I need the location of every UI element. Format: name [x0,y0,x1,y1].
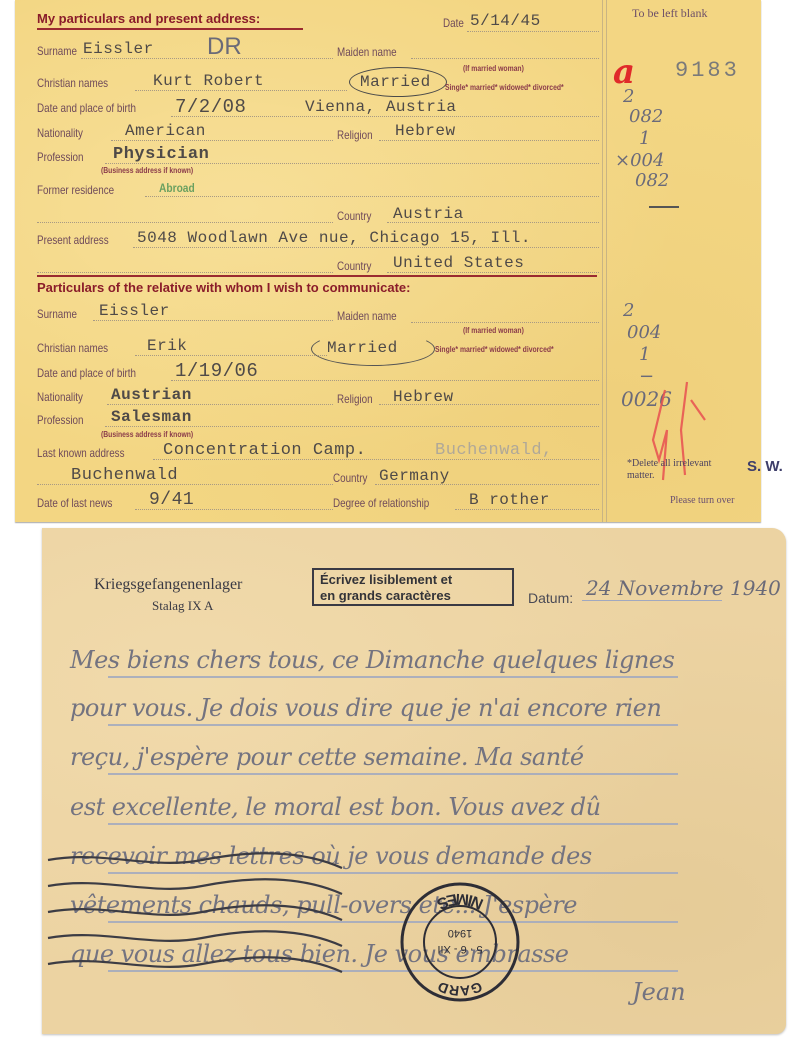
field-line [171,116,599,117]
field-line [135,355,327,356]
field-line [411,58,599,59]
sender-christian-names: Kurt Robert [153,72,264,90]
sender-profession-label: Profession [37,150,83,164]
last-address-line1: Concentration Camp. [163,441,366,460]
former-country-label: Country [337,209,371,223]
relative-marital-status: Married [327,339,398,357]
field-line [135,509,333,510]
relationship-label: Degree of relationship [333,496,429,510]
field-line [107,404,333,405]
pencil-note: 082 [635,172,669,190]
pencil-note: 2 [623,302,634,320]
present-address-label: Present address [37,233,109,247]
sender-dob: 7/2/08 [175,96,246,118]
relative-nationality: Austrian [111,386,192,404]
relative-profession-label: Profession [37,413,83,427]
field-line [153,459,599,460]
datum-label: Datum: [528,590,573,606]
relative-maiden-name-label: Maiden name [337,309,397,323]
sender-surname: Eissler [83,40,154,58]
field-line [387,272,599,273]
relationship-value: B rother [469,491,550,509]
last-address-label: Last known address [37,446,125,460]
field-line [375,484,599,485]
field-line [379,140,599,141]
former-residence-stamp: Abroad [159,181,195,195]
section-heading-sender: My particulars and present address: [37,11,260,26]
column-divider [602,0,603,522]
delete-irrelevant-note: *Delete all irrelevant matter. [627,458,727,482]
field-line [37,222,333,223]
relative-surname-label: Surname [37,307,77,321]
relative-religion-label: Religion [337,392,373,406]
last-address-faded: Buchenwald, [435,441,553,460]
section-divider [37,275,597,277]
pow-postcard: Kriegsgefangenenlager Stalag IX A Écrive… [42,528,786,1034]
present-address: 5048 Woodlawn Ave nue, Chicago 15, Ill. [137,229,531,247]
former-residence-label: Former residence [37,183,114,197]
sender-dob-label: Date and place of birth [37,101,136,115]
title-annotation: DR [207,33,242,61]
sender-religion: Hebrew [395,122,456,140]
relative-nationality-label: Nationality [37,390,83,404]
datum-value: 24 Novembre 1940 [586,576,781,600]
please-turn-over: Please turn over [670,495,734,506]
date-label: Date [443,16,464,30]
postmark-city: NIMES [434,890,486,913]
postmark-year: 1940 [448,927,472,939]
field-line [111,140,333,141]
pencil-note: 1 [639,346,650,364]
relative-dob: 1/19/06 [175,360,258,382]
present-country-label: Country [337,259,371,273]
pencil-underline [649,206,679,208]
relative-country-label: Country [333,471,367,485]
sender-birthplace: Vienna, Austria [305,98,457,116]
field-line [133,247,599,248]
field-line [105,426,599,427]
pencil-note: 2 [623,88,634,106]
business-address-note: (Business address if known) [101,430,193,439]
date-value: 5/14/45 [470,12,541,30]
relative-christian-names: Erik [147,337,187,355]
field-line [37,272,333,273]
business-address-note: (Business address if known) [101,166,193,175]
to-be-left-blank-label: To be left blank [632,6,707,21]
initials: S. W. [747,458,783,475]
field-line [467,31,599,32]
marital-options: Single* married* widowed* divorced* [445,83,564,92]
last-news-label: Date of last news [37,496,112,510]
relative-dob-label: Date and place of birth [37,366,136,380]
relative-christian-names-label: Christian names [37,341,108,355]
sender-nationality: American [125,122,206,140]
field-line [455,509,599,510]
postal-cancellation-waves [42,528,382,1008]
field-line [135,90,347,91]
signature: Jean [632,978,686,1006]
field-line [105,163,599,164]
relative-surname: Eissler [99,302,170,320]
sender-nationality-label: Nationality [37,126,83,140]
last-address-line2: Buchenwald [71,466,178,485]
column-divider [606,0,607,522]
pencil-note: ×004 [615,152,664,170]
section-heading-relative: Particulars of the relative with whom I … [37,280,410,295]
heading-underline [37,28,303,30]
if-married-woman-note: (If married woman) [463,326,524,335]
svg-text:GARD: GARD [435,979,484,1000]
postmark-date: 5 · 6 - XII [437,943,482,955]
pencil-note: 1 [639,130,650,148]
present-country: United States [393,254,524,272]
field-line [145,196,599,197]
sender-profession: Physician [113,145,209,164]
field-line [387,222,599,223]
stamped-number: 9183 [675,58,740,83]
sender-religion-label: Religion [337,128,373,142]
sender-christian-names-label: Christian names [37,76,108,90]
date-rule [582,600,722,601]
sender-marital-status: Married [360,73,431,91]
postmark-region: GARD [435,979,484,1000]
sender-surname-label: Surname [37,44,77,58]
pencil-note: 082 [629,108,663,126]
relative-country: Germany [379,467,450,485]
field-line [411,322,599,323]
marital-options: Single* married* widowed* divorced* [435,345,554,354]
sender-maiden-name-label: Maiden name [337,45,397,59]
former-country: Austria [393,205,464,223]
svg-text:NIMES: NIMES [434,890,486,913]
pencil-note: 004 [627,324,661,342]
field-line [81,58,333,59]
field-line [93,320,333,321]
nimes-postmark: GARD NIMES 5 · 6 - XII 1940 [398,880,522,1009]
if-married-woman-note: (If married woman) [463,64,524,73]
field-line [379,404,599,405]
last-news-value: 9/41 [149,490,194,510]
red-cross-message-form: My particulars and present address: Date… [15,0,761,522]
relative-profession: Salesman [111,408,192,426]
field-line [171,380,599,381]
